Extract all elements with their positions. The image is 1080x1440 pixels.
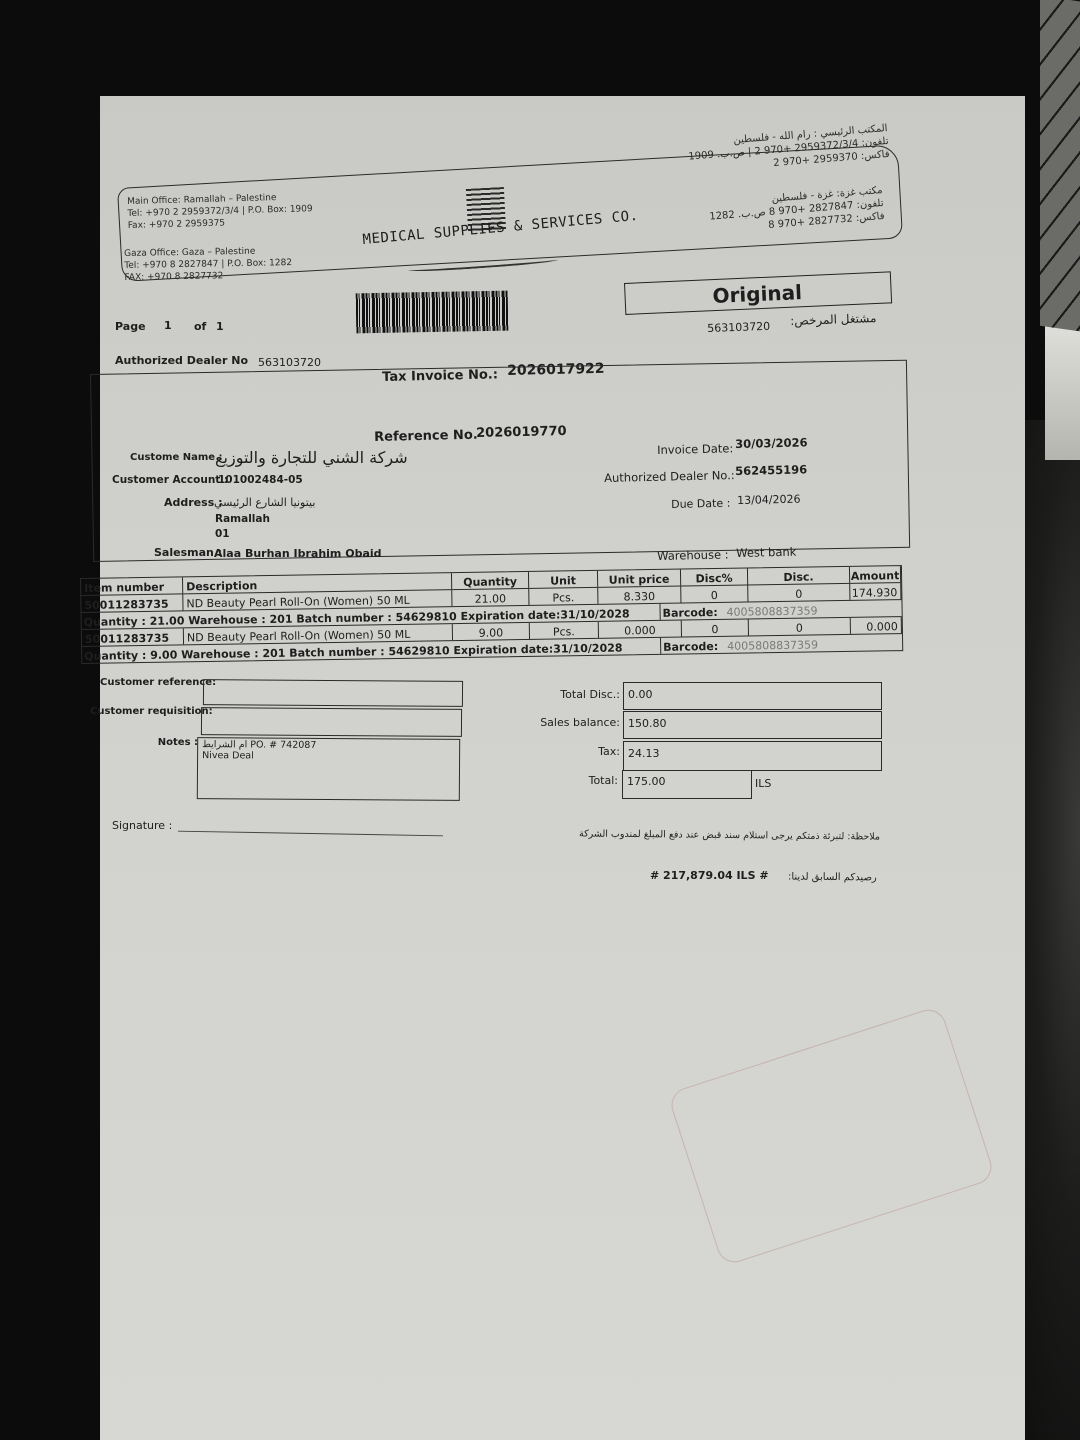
invoice-document: Main Office: Ramallah – Palestine Tel: +… [0, 0, 1080, 1440]
total-field: 175.00 [622, 770, 752, 799]
notes-line-2: Nivea Deal [202, 750, 254, 761]
item-amount: 0.000 [851, 617, 902, 634]
invoice-date-label: Invoice Date: [657, 441, 733, 457]
reference-label: Reference No. [374, 428, 478, 445]
tax-label: Tax: [560, 745, 620, 758]
signature-label: Signature : [112, 819, 172, 832]
authorized-dealer-label: Authorized Dealer No [115, 354, 248, 367]
page-current: 1 [164, 319, 172, 332]
item-unit-price: 0.000 [599, 621, 682, 638]
item-barcode: 4005808837359 [725, 635, 820, 652]
invoice-date: 30/03/2026 [735, 435, 808, 451]
notes-label: Notes : [150, 737, 198, 748]
col-disc-pct: Disc% [681, 569, 748, 586]
item-unit-price: 8.330 [598, 587, 681, 604]
gaza-office-fax: FAX: +970 8 2827732 [124, 269, 292, 284]
currency-label: ILS [755, 777, 771, 790]
col-quantity: Quantity [452, 572, 529, 589]
address-line-2: Ramallah [215, 513, 270, 525]
page-total: 1 [216, 320, 224, 333]
invoice-barcode [356, 291, 509, 334]
address-line-1: بيتونيا الشارع الرئيسي [214, 496, 315, 509]
sales-balance-value: 150.80 [628, 717, 667, 730]
notes-line-1: ام الشرايط PO. # 742087 [202, 739, 316, 751]
signature-line[interactable] [178, 831, 443, 837]
item-disc: 0 [748, 584, 850, 602]
customer-reference-label: Customer reference: [100, 677, 200, 688]
previous-balance-label: رصيدكم السابق لدينا: [788, 872, 877, 884]
barcode-label: Barcode: [660, 603, 724, 620]
total-disc-value: 0.00 [628, 688, 653, 701]
item-amount: 174.930 [850, 583, 901, 600]
total-label: Total: [560, 774, 618, 787]
copy-label: Original [712, 280, 802, 308]
item-quantity: 9.00 [453, 623, 530, 640]
licensed-operator-label: مشتغل المرخص: [790, 311, 877, 328]
payment-note: ملاحظة: لتبرئة ذمتكم يرجى استلام سند قبض… [575, 828, 880, 842]
salesman-label: Salesman : [154, 546, 222, 559]
customer-name: شركة الشني للتجارة والتوزيع [215, 448, 408, 467]
authorized-dealer-value: 563103720 [258, 356, 321, 369]
main-office-en: Main Office: Ramallah – Palestine Tel: +… [127, 191, 313, 232]
item-unit: Pcs. [530, 622, 599, 639]
sales-balance-label: Sales balance: [520, 716, 620, 729]
due-date: 13/04/2026 [737, 493, 801, 507]
customer-reference-field [203, 679, 463, 707]
item-disc: 0 [749, 618, 851, 636]
item-number: 50011283735 [82, 628, 184, 646]
reference-number: 2026019770 [476, 424, 567, 441]
item-unit: Pcs. [529, 588, 598, 605]
page-label: Page [115, 320, 146, 333]
total-value: 175.00 [627, 775, 666, 788]
col-unit-price: Unit price [598, 570, 681, 587]
dealer-no: 562455196 [735, 462, 807, 478]
customer-requisition-label: Customer requisition: [90, 706, 200, 717]
warehouse-label: Warehouse : [657, 547, 729, 563]
barcode-label: Barcode: [661, 637, 725, 654]
tax-value: 24.13 [628, 747, 660, 760]
col-disc: Disc. [748, 567, 850, 585]
total-disc-field: 0.00 [623, 682, 882, 710]
item-disc-pct: 0 [682, 620, 749, 637]
item-number: 50011283735 [81, 594, 183, 612]
address-line-3: 01 [215, 528, 230, 540]
previous-balance: # 217,879.04 ILS # [650, 869, 769, 882]
page-of-label: of [194, 320, 206, 333]
col-unit: Unit [529, 571, 598, 588]
gaza-office-en: Gaza Office: Gaza – Palestine Tel: +970 … [124, 245, 292, 284]
dealer-no-label: Authorized Dealer No.: [604, 468, 735, 485]
tax-field: 24.13 [623, 741, 882, 771]
col-item-number: Item number [81, 577, 183, 595]
total-disc-label: Total Disc.: [540, 688, 620, 701]
item-barcode: 4005808837359 [724, 601, 819, 618]
salesman-name: Alaa Burhan Ibrahim Obaid [214, 547, 382, 560]
customer-name-label: Custome Name : [130, 452, 223, 463]
customer-requisition-field [201, 707, 462, 737]
licensed-operator-no: 563103720 [707, 320, 770, 335]
items-table: Item number Description Quantity Unit Un… [80, 565, 903, 664]
sales-balance-field: 150.80 [623, 711, 882, 739]
item-disc-pct: 0 [681, 586, 748, 603]
notes-field: ام الشرايط PO. # 742087 Nivea Deal [197, 737, 460, 801]
item-quantity: 21.00 [452, 589, 529, 606]
customer-account-label: Customer Account : [112, 474, 228, 486]
due-date-label: Due Date : [671, 497, 730, 511]
customer-account: 101002484-05 [218, 474, 303, 486]
faded-stamp [667, 1005, 996, 1267]
col-amount: Amount [850, 566, 901, 583]
warehouse-value: West bank [736, 545, 797, 560]
